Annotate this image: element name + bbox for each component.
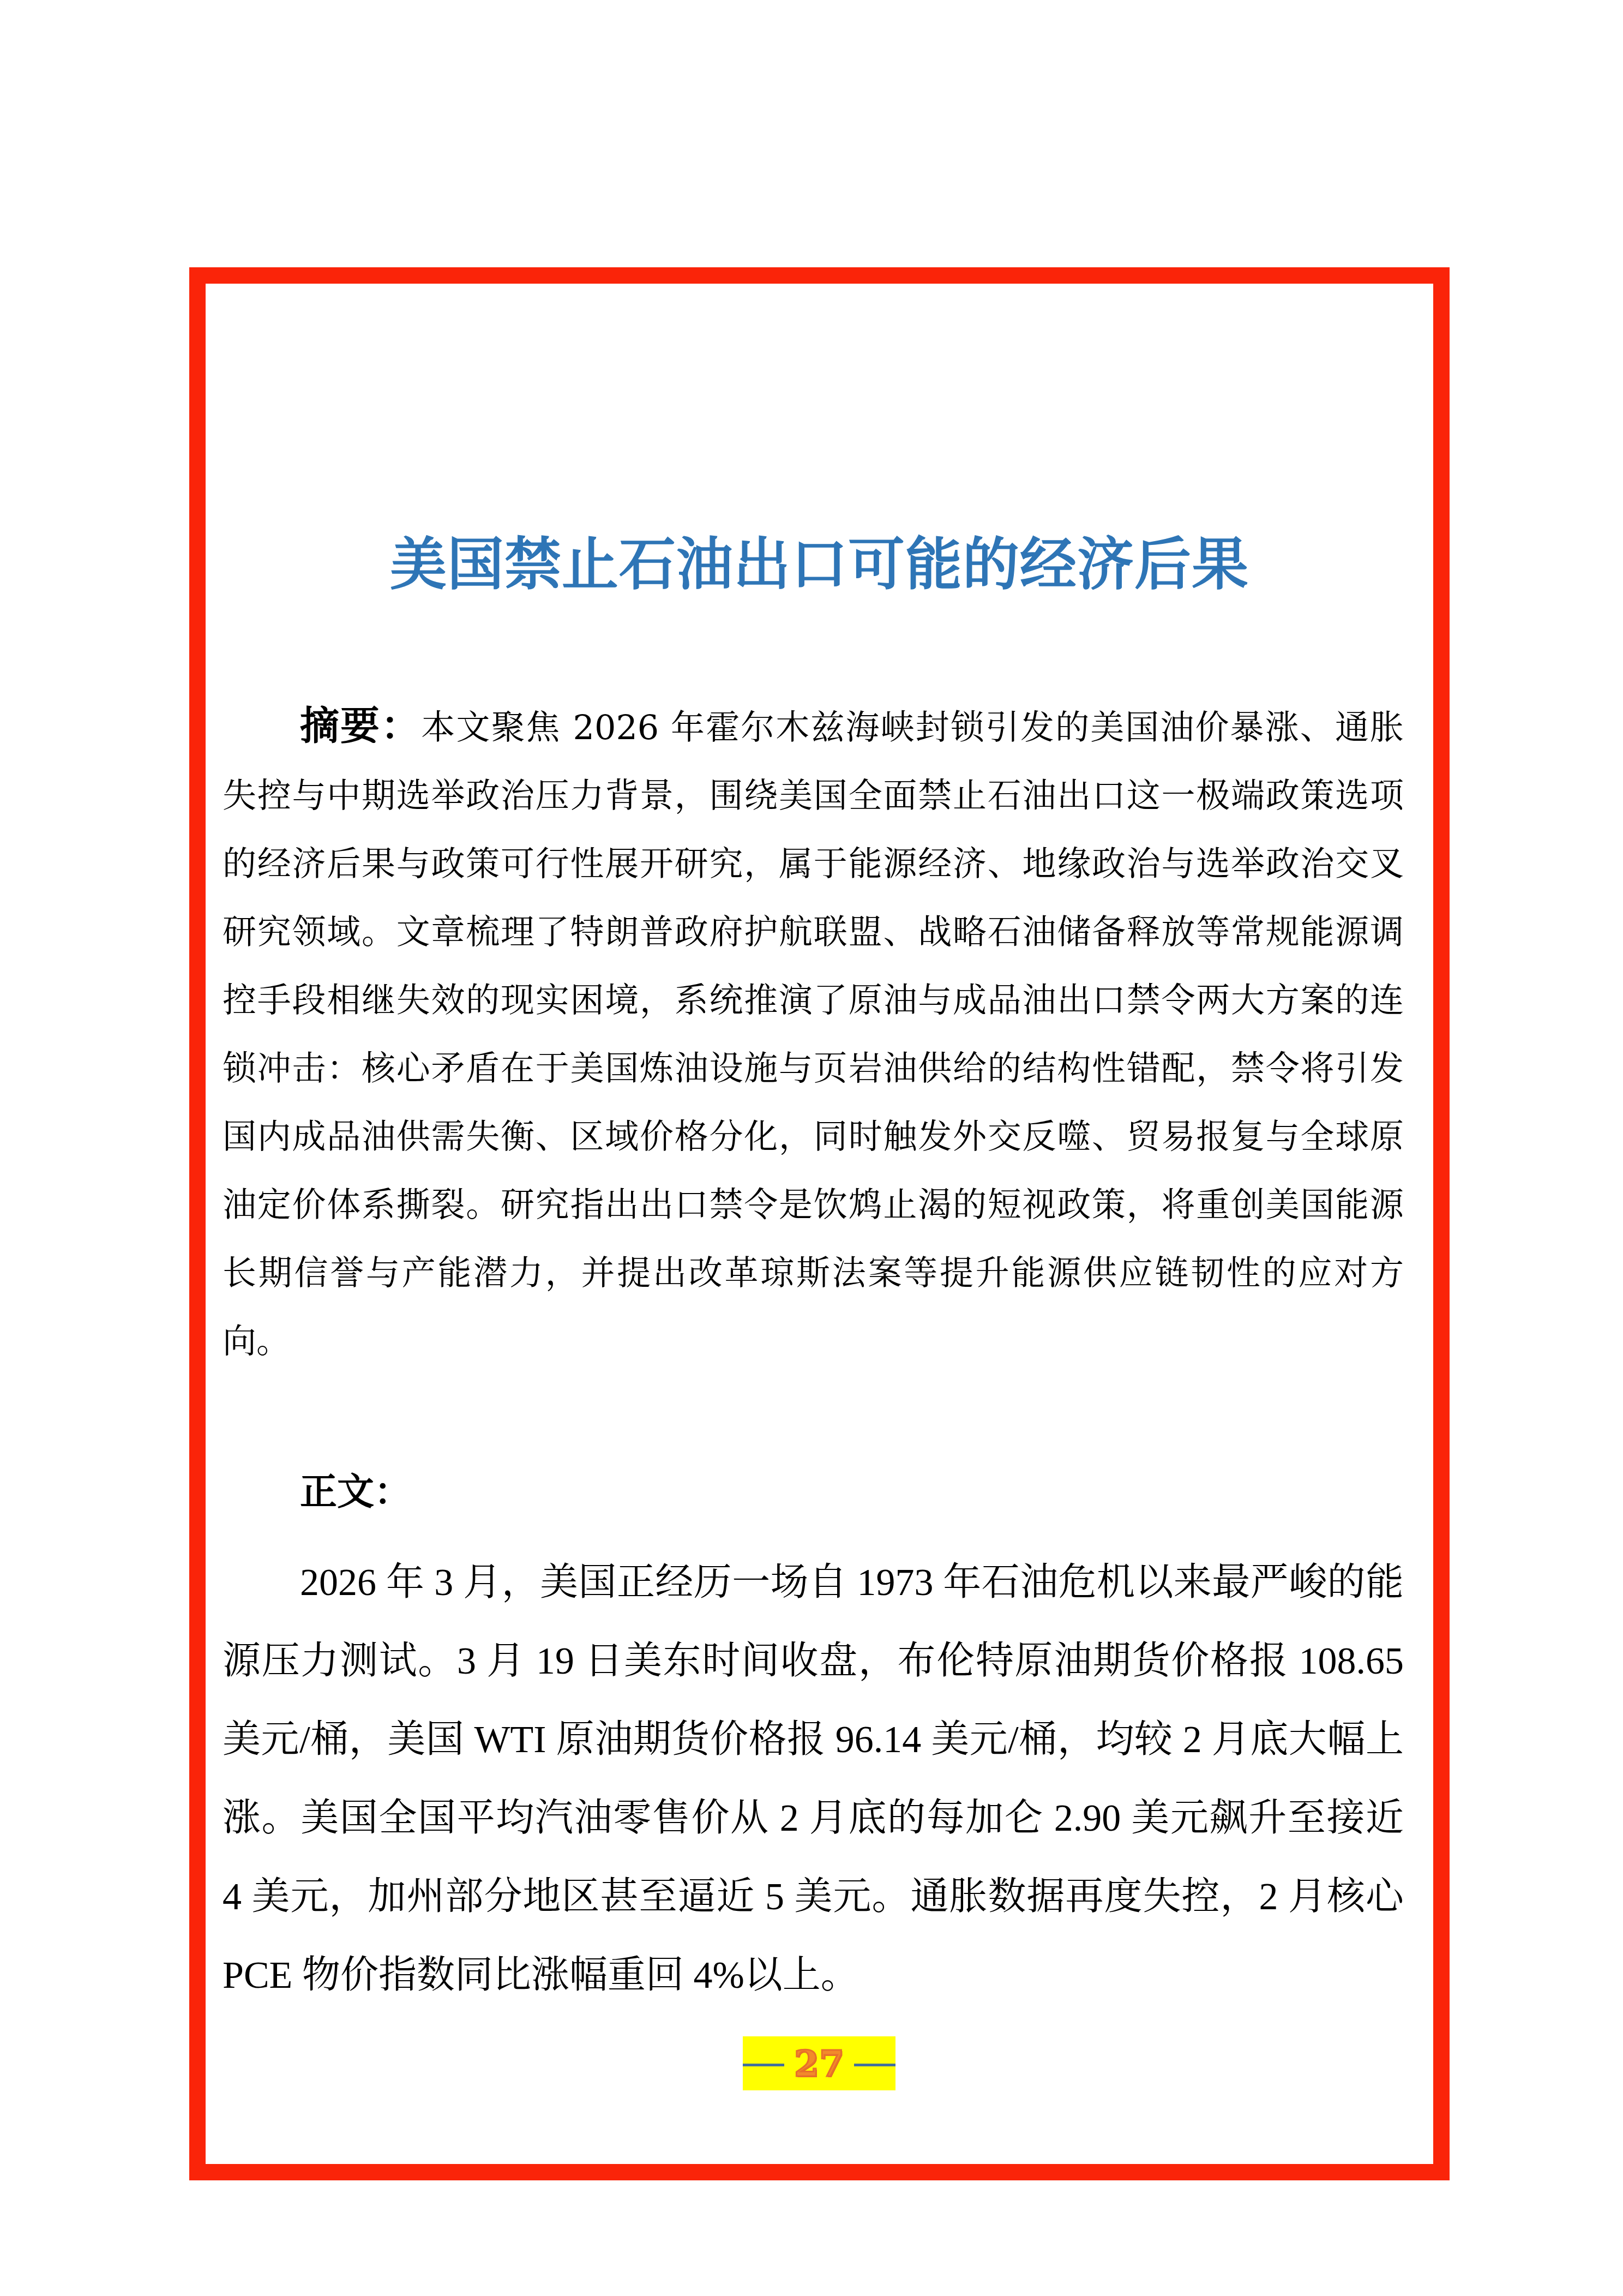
abstract-paragraph: 摘要：本文聚焦 2026 年霍尔木兹海峡封锁引发的美国油价暴涨、通胀失控与中期选… xyxy=(223,692,1404,1375)
left-dash-decoration xyxy=(743,2064,784,2066)
body-paragraph: 2026 年 3 月，美国正经历一场自 1973 年石油危机以来最严峻的能源压力… xyxy=(223,1544,1404,2015)
abstract-text: 本文聚焦 2026 年霍尔木兹海峡封锁引发的美国油价暴涨、通胀失控与中期选举政治… xyxy=(223,708,1404,1361)
abstract-label: 摘要： xyxy=(300,703,421,748)
page-number-badge: 27 xyxy=(743,2036,895,2090)
right-dash-decoration xyxy=(854,2064,895,2066)
body-heading: 正文： xyxy=(300,1465,411,1520)
article-title: 美国禁止石油出口可能的经济后果 xyxy=(206,526,1433,603)
page-number: 27 xyxy=(794,2045,844,2083)
